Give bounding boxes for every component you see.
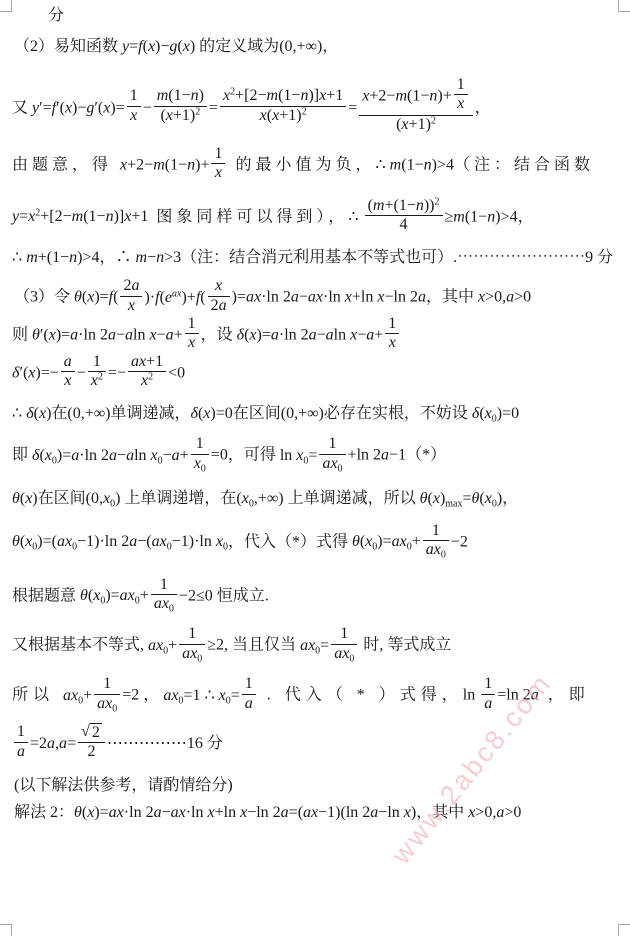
doc-line-2: 又 y′=f′(x)−g′(x)=1x−m(1−n)(x+1)2=x2+[2−m… (12, 80, 622, 137)
doc-line-17: (以下解法供参考，请酌情给分) (14, 776, 622, 797)
doc-line-18: 解法 2：θ(x)=ax·ln 2a−ax·ln x+ln x−ln 2a=(a… (14, 803, 622, 824)
doc-line-4: y=x2+[2−m(1−n)]x+1 图象同样可以得到），∴ (m+(1−n))… (12, 199, 622, 237)
doc-line-11: θ(x)在区间(0,x0) 上单调递增，在(x0,+∞) 上单调递减，所以 θ(… (12, 489, 622, 510)
document-page: 分（2）易知函数 y=f(x)−g(x) 的定义域为(0,+∞)，又 y′=f′… (0, 0, 630, 936)
math-solution-body: 分（2）易知函数 y=f(x)−g(x) 的定义域为(0,+∞)，又 y′=f′… (12, 6, 622, 823)
table-corner-mark (618, 0, 630, 12)
doc-line-14: 又根据基本不等式, ax0+1ax0≥2, 当且仅当 ax0=1ax0 时, 等… (12, 627, 622, 665)
table-corner-mark (0, 0, 12, 12)
doc-line-0: 分 (48, 6, 622, 27)
doc-line-7: 则 θ′(x)=a·ln 2a−aln x−a+1x，设 δ(x)=a·ln 2… (12, 317, 622, 355)
doc-line-9: ∴ δ(x)在(0,+∞)单调递减，δ(x)=0在区间(0,+∞)必存在实根，不… (12, 404, 622, 425)
table-corner-mark (0, 924, 12, 936)
doc-line-1: （2）易知函数 y=f(x)−g(x) 的定义域为(0,+∞)， (14, 37, 622, 58)
doc-line-6: （3）令 θ(x)=f(2ax)·f(eax)+f(x2a)=ax·ln 2a−… (14, 279, 622, 317)
doc-line-5: ∴ m+(1−n)>4，∴ m−n>3（注：结合消元利用基本不等式也可）.⋯⋯⋯… (12, 248, 622, 269)
doc-line-3: 由题意，得 x+2−m(1−n)+1x 的最小值为负，∴ m(1−n)>4（注：… (12, 147, 622, 185)
doc-line-8: δ′(x)=−ax−1x2=−ax+1x2<0 (12, 355, 622, 393)
doc-line-15: 所以 ax0+1ax0=2 ， ax0=1 ∴ x0=1a . 代入（ * ）式… (12, 677, 622, 715)
doc-line-13: 根据题意 θ(x0)=ax0+1ax0−2≤0 恒成立. (12, 578, 622, 616)
doc-line-10: 即 δ(x0)=a·ln 2a−aln x0−a+1x0=0，可得 ln x0=… (12, 437, 622, 475)
doc-line-16: 1a=2a,a=√22⋯⋯⋯⋯⋯16 分 (12, 725, 622, 764)
doc-line-12: θ(x0)=(ax0−1)·ln 2a−(ax0−1)·ln x0，代入（*）式… (12, 524, 622, 562)
table-corner-mark (618, 924, 630, 936)
